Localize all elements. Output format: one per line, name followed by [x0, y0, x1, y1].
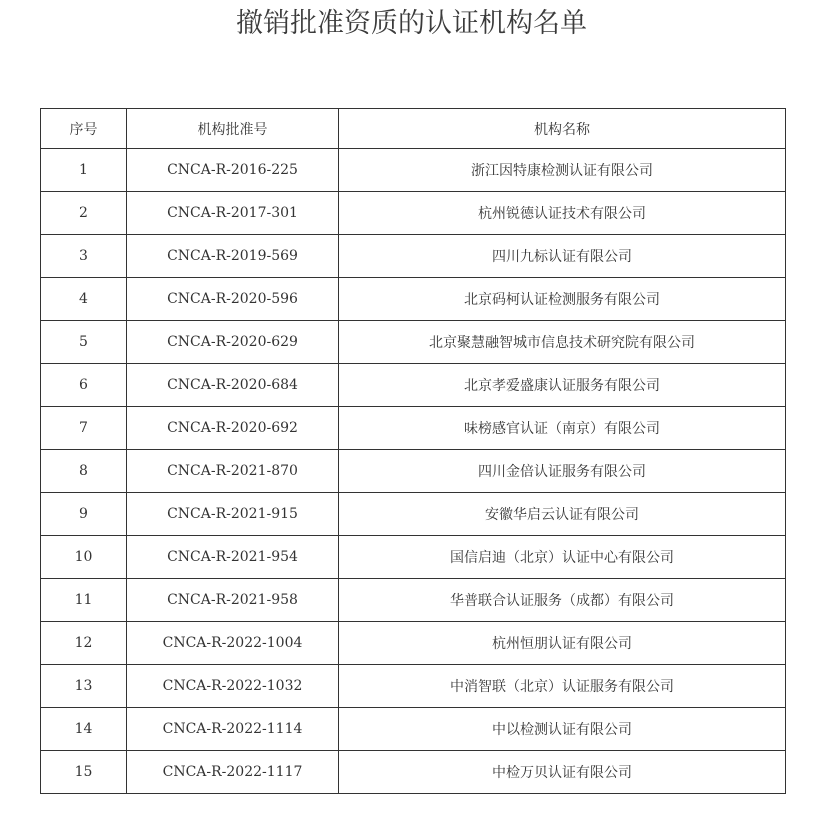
org-name-cell: 中以检测认证有限公司 [339, 708, 786, 751]
table-row: 12CNCA-R-2022-1004杭州恒朋认证有限公司 [41, 622, 786, 665]
table-row: 5CNCA-R-2020-629北京聚慧融智城市信息技术研究院有限公司 [41, 321, 786, 364]
table-row: 6CNCA-R-2020-684北京孝爱盛康认证服务有限公司 [41, 364, 786, 407]
approval-number-cell: CNCA-R-2020-629 [127, 321, 339, 364]
row-index-cell: 5 [41, 321, 127, 364]
header-approval-number: 机构批准号 [127, 109, 339, 149]
page: 撤销批准资质的认证机构名单 序号 机构批准号 机构名称 1CNCA-R-2016… [0, 0, 823, 819]
table-row: 14CNCA-R-2022-1114中以检测认证有限公司 [41, 708, 786, 751]
row-index-cell: 9 [41, 493, 127, 536]
header-org-name: 机构名称 [339, 109, 786, 149]
approval-number-cell: CNCA-R-2021-958 [127, 579, 339, 622]
approval-number-cell: CNCA-R-2022-1032 [127, 665, 339, 708]
table-row: 13CNCA-R-2022-1032中消智联（北京）认证服务有限公司 [41, 665, 786, 708]
table-row: 9CNCA-R-2021-915安徽华启云认证有限公司 [41, 493, 786, 536]
org-name-cell: 安徽华启云认证有限公司 [339, 493, 786, 536]
row-index-cell: 1 [41, 149, 127, 192]
table-row: 1CNCA-R-2016-225浙江因特康检测认证有限公司 [41, 149, 786, 192]
approval-number-cell: CNCA-R-2020-684 [127, 364, 339, 407]
org-name-cell: 国信启迪（北京）认证中心有限公司 [339, 536, 786, 579]
approval-number-cell: CNCA-R-2020-596 [127, 278, 339, 321]
row-index-cell: 14 [41, 708, 127, 751]
table-body: 1CNCA-R-2016-225浙江因特康检测认证有限公司2CNCA-R-201… [41, 149, 786, 794]
approval-number-cell: CNCA-R-2017-301 [127, 192, 339, 235]
table-row: 15CNCA-R-2022-1117中检万贝认证有限公司 [41, 751, 786, 794]
approval-number-cell: CNCA-R-2020-692 [127, 407, 339, 450]
approval-number-cell: CNCA-R-2019-569 [127, 235, 339, 278]
table-row: 3CNCA-R-2019-569四川九标认证有限公司 [41, 235, 786, 278]
row-index-cell: 11 [41, 579, 127, 622]
table-row: 4CNCA-R-2020-596北京码柯认证检测服务有限公司 [41, 278, 786, 321]
row-index-cell: 13 [41, 665, 127, 708]
header-index: 序号 [41, 109, 127, 149]
org-name-cell: 华普联合认证服务（成都）有限公司 [339, 579, 786, 622]
org-name-cell: 杭州锐德认证技术有限公司 [339, 192, 786, 235]
org-name-cell: 北京聚慧融智城市信息技术研究院有限公司 [339, 321, 786, 364]
org-name-cell: 杭州恒朋认证有限公司 [339, 622, 786, 665]
org-name-cell: 中检万贝认证有限公司 [339, 751, 786, 794]
row-index-cell: 2 [41, 192, 127, 235]
row-index-cell: 4 [41, 278, 127, 321]
table-row: 2CNCA-R-2017-301杭州锐德认证技术有限公司 [41, 192, 786, 235]
approval-number-cell: CNCA-R-2022-1004 [127, 622, 339, 665]
table-header: 序号 机构批准号 机构名称 [41, 109, 786, 149]
row-index-cell: 10 [41, 536, 127, 579]
table-row: 8CNCA-R-2021-870四川金倍认证服务有限公司 [41, 450, 786, 493]
org-name-cell: 北京孝爱盛康认证服务有限公司 [339, 364, 786, 407]
approval-number-cell: CNCA-R-2022-1114 [127, 708, 339, 751]
table-row: 11CNCA-R-2021-958华普联合认证服务（成都）有限公司 [41, 579, 786, 622]
row-index-cell: 8 [41, 450, 127, 493]
org-name-cell: 四川金倍认证服务有限公司 [339, 450, 786, 493]
approval-number-cell: CNCA-R-2021-870 [127, 450, 339, 493]
approval-number-cell: CNCA-R-2021-915 [127, 493, 339, 536]
row-index-cell: 12 [41, 622, 127, 665]
approval-number-cell: CNCA-R-2016-225 [127, 149, 339, 192]
row-index-cell: 6 [41, 364, 127, 407]
table-row: 7CNCA-R-2020-692味榜感官认证（南京）有限公司 [41, 407, 786, 450]
org-name-cell: 中消智联（北京）认证服务有限公司 [339, 665, 786, 708]
row-index-cell: 7 [41, 407, 127, 450]
org-name-cell: 味榜感官认证（南京）有限公司 [339, 407, 786, 450]
revoked-orgs-table: 序号 机构批准号 机构名称 1CNCA-R-2016-225浙江因特康检测认证有… [40, 108, 786, 794]
table-header-row: 序号 机构批准号 机构名称 [41, 109, 786, 149]
org-name-cell: 四川九标认证有限公司 [339, 235, 786, 278]
page-title: 撤销批准资质的认证机构名单 [0, 0, 823, 38]
table-row: 10CNCA-R-2021-954国信启迪（北京）认证中心有限公司 [41, 536, 786, 579]
row-index-cell: 3 [41, 235, 127, 278]
org-name-cell: 北京码柯认证检测服务有限公司 [339, 278, 786, 321]
org-name-cell: 浙江因特康检测认证有限公司 [339, 149, 786, 192]
approval-number-cell: CNCA-R-2021-954 [127, 536, 339, 579]
row-index-cell: 15 [41, 751, 127, 794]
approval-number-cell: CNCA-R-2022-1117 [127, 751, 339, 794]
